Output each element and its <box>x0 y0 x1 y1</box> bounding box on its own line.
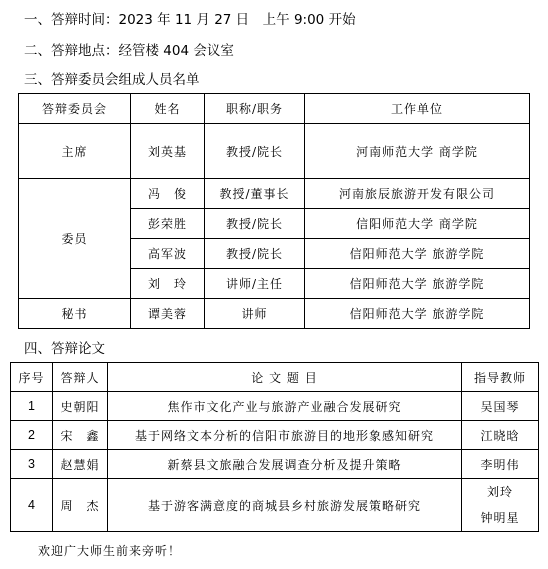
thesis-title-cell: 新蔡县文旅融合发展调查分析及提升策略 <box>108 450 462 479</box>
thesis-row: 1 史朝阳 焦作市文化产业与旅游产业融合发展研究 吴国琴 <box>11 392 539 421</box>
name-cell: 冯 俊 <box>131 179 205 209</box>
number-cell: 3 <box>11 450 53 479</box>
unit-cell: 信阳师范大学 旅游学院 <box>305 299 530 329</box>
unit-cell: 信阳师范大学 旅游学院 <box>305 269 530 299</box>
header-thesis-title: 论 文 题 目 <box>108 363 462 392</box>
thesis-row: 2 宋 鑫 基于网络文本分析的信阳市旅游目的地形象感知研究 江晓晗 <box>11 421 539 450</box>
defense-time: 一、答辩时间：2023 年 11 月 27 日 上午 9:00 开始 <box>24 11 356 29</box>
unit-cell: 信阳师范大学 商学院 <box>305 209 530 239</box>
header-advisor: 指导教师 <box>462 363 539 392</box>
title-cell: 讲师 <box>205 299 305 329</box>
committee-row-member: 委员 冯 俊 教授/董事长 河南旅辰旅游开发有限公司 <box>19 179 530 209</box>
role-cell: 秘书 <box>19 299 131 329</box>
student-cell: 周 杰 <box>53 479 108 532</box>
thesis-row: 3 赵慧娟 新蔡县文旅融合发展调查分析及提升策略 李明伟 <box>11 450 539 479</box>
name-cell: 高军波 <box>131 239 205 269</box>
header-student: 答辩人 <box>53 363 108 392</box>
welcome-note: 欢迎广大师生前来旁听！ <box>38 542 181 559</box>
theses-table: 序号 答辩人 论 文 题 目 指导教师 1 史朝阳 焦作市文化产业与旅游产业融合… <box>10 362 539 532</box>
student-cell: 宋 鑫 <box>53 421 108 450</box>
title-cell: 教授/院长 <box>205 239 305 269</box>
number-cell: 2 <box>11 421 53 450</box>
header-unit: 工作单位 <box>305 94 530 124</box>
defense-location: 二、答辩地点：经管楼 404 会议室 <box>24 42 234 60</box>
advisor-cell: 刘玲 钟明星 <box>462 479 539 532</box>
theses-header-row: 序号 答辩人 论 文 题 目 指导教师 <box>11 363 539 392</box>
header-name: 姓名 <box>131 94 205 124</box>
title-cell: 讲师/主任 <box>205 269 305 299</box>
advisor-name: 钟明星 <box>462 505 538 531</box>
header-number: 序号 <box>11 363 53 392</box>
number-cell: 1 <box>11 392 53 421</box>
theses-section-title: 四、答辩论文 <box>24 340 105 358</box>
committee-section-title: 三、答辩委员会组成人员名单 <box>24 71 200 89</box>
student-cell: 史朝阳 <box>53 392 108 421</box>
committee-row-chair: 主席 刘英基 教授/院长 河南师范大学 商学院 <box>19 124 530 179</box>
name-cell: 谭美蓉 <box>131 299 205 329</box>
thesis-row: 4 周 杰 基于游客满意度的商城县乡村旅游发展策略研究 刘玲 钟明星 <box>11 479 539 532</box>
thesis-title-cell: 基于游客满意度的商城县乡村旅游发展策略研究 <box>108 479 462 532</box>
title-cell: 教授/院长 <box>205 209 305 239</box>
unit-cell: 河南师范大学 商学院 <box>305 124 530 179</box>
thesis-title-cell: 焦作市文化产业与旅游产业融合发展研究 <box>108 392 462 421</box>
title-cell: 教授/院长 <box>205 124 305 179</box>
committee-table: 答辩委员会 姓名 职称/职务 工作单位 主席 刘英基 教授/院长 河南师范大学 … <box>18 93 530 329</box>
committee-row-secretary: 秘书 谭美蓉 讲师 信阳师范大学 旅游学院 <box>19 299 530 329</box>
advisor-cell: 李明伟 <box>462 450 539 479</box>
advisor-cell: 江晓晗 <box>462 421 539 450</box>
name-cell: 刘英基 <box>131 124 205 179</box>
header-committee-role: 答辩委员会 <box>19 94 131 124</box>
unit-cell: 信阳师范大学 旅游学院 <box>305 239 530 269</box>
student-cell: 赵慧娟 <box>53 450 108 479</box>
role-cell-members: 委员 <box>19 179 131 299</box>
name-cell: 刘 玲 <box>131 269 205 299</box>
number-cell: 4 <box>11 479 53 532</box>
advisor-name: 刘玲 <box>462 479 538 505</box>
unit-cell: 河南旅辰旅游开发有限公司 <box>305 179 530 209</box>
header-title: 职称/职务 <box>205 94 305 124</box>
name-cell: 彭荣胜 <box>131 209 205 239</box>
title-cell: 教授/董事长 <box>205 179 305 209</box>
role-cell: 主席 <box>19 124 131 179</box>
advisor-cell: 吴国琴 <box>462 392 539 421</box>
committee-header-row: 答辩委员会 姓名 职称/职务 工作单位 <box>19 94 530 124</box>
thesis-title-cell: 基于网络文本分析的信阳市旅游目的地形象感知研究 <box>108 421 462 450</box>
